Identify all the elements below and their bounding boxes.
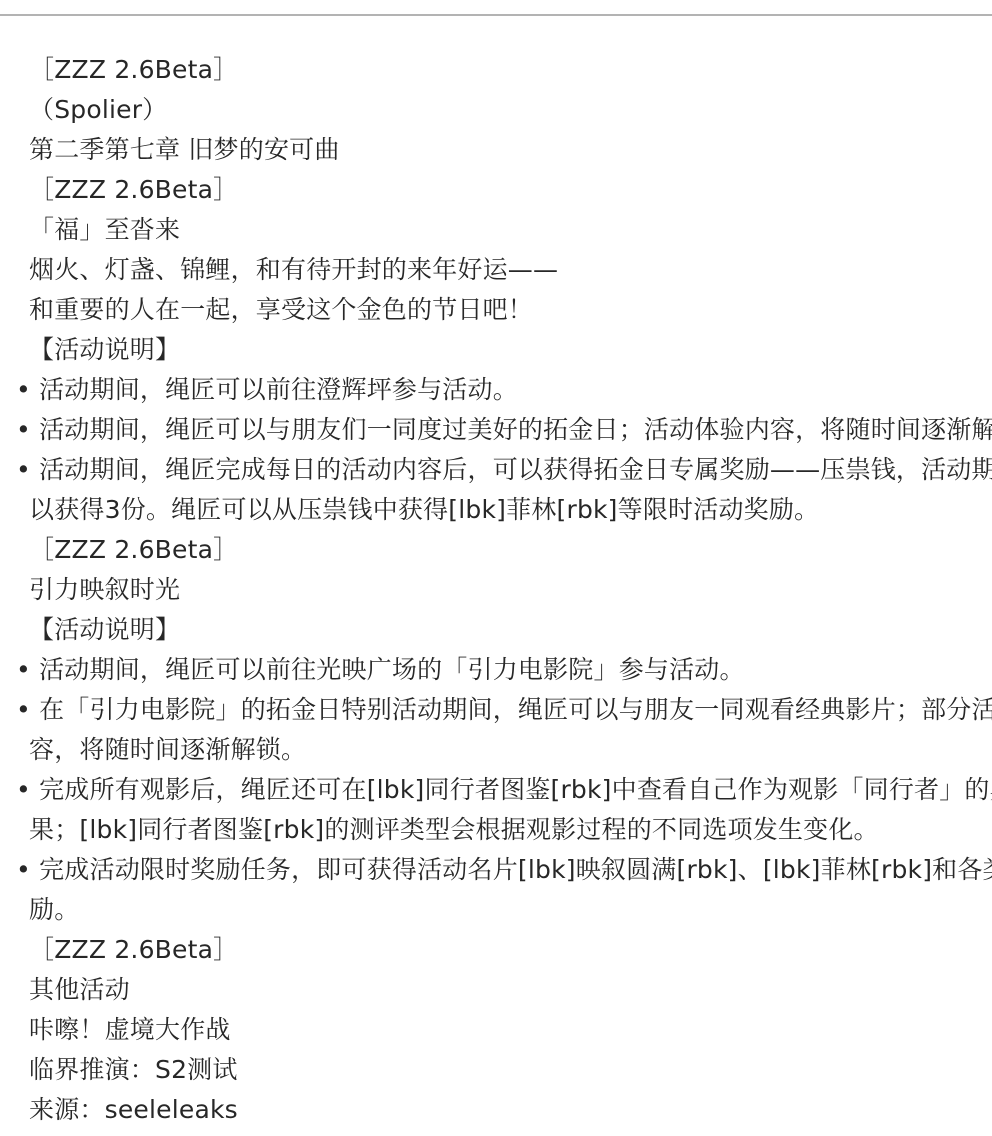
text-line-continuation: 容，将随时间逐渐解锁。 bbox=[29, 730, 967, 770]
text-line-bullet: • 完成所有观影后，绳匠还可在[lbk]同行者图鉴[rbk]中查看自己作为观影「… bbox=[29, 770, 967, 810]
text-line-bullet: • 在「引力电影院」的拓金日特别活动期间，绳匠可以与朋友一同观看经典影片；部分活… bbox=[29, 690, 967, 730]
text-line-bullet: • 完成活动限时奖励任务，即可获得活动名片[lbk]映叙圆满[rbk]、[lbk… bbox=[29, 850, 967, 890]
text-line-version-tag: ［ZZZ 2.6Beta］ bbox=[29, 930, 967, 970]
text-line-spoiler-tag: （Spolier） bbox=[29, 90, 967, 130]
text-line-continuation: 以获得3份。绳匠可以从压祟钱中获得[lbk]菲林[rbk]等限时活动奖励。 bbox=[29, 490, 967, 530]
text-line-section-header: 【活动说明】 bbox=[29, 330, 967, 370]
document-page: ［ZZZ 2.6Beta］ （Spolier） 第二季第七章 旧梦的安可曲 ［Z… bbox=[0, 0, 992, 1136]
text-line-version-tag: ［ZZZ 2.6Beta］ bbox=[29, 50, 967, 90]
top-divider bbox=[0, 14, 992, 16]
text-line-event-tagline: 和重要的人在一起，享受这个金色的节日吧！ bbox=[29, 290, 967, 330]
text-line-bullet: • 活动期间，绳匠可以与朋友们一同度过美好的拓金日；活动体验内容，将随时间逐渐解… bbox=[29, 410, 967, 450]
text-line-section-title: 其他活动 bbox=[29, 970, 967, 1010]
text-line-event-name: 临界推演：S2测试 bbox=[29, 1050, 967, 1090]
text-line-event-tagline: 烟火、灯盏、锦鲤，和有待开封的来年好运—— bbox=[29, 250, 967, 290]
text-line-bullet: • 活动期间，绳匠完成每日的活动内容后，可以获得拓金日专属奖励——压祟钱，活动期… bbox=[29, 450, 967, 490]
text-line-source-credit: 来源：seeleleaks bbox=[29, 1090, 967, 1130]
text-line-event-title: 引力映叙时光 bbox=[29, 570, 967, 610]
text-line-section-header: 【活动说明】 bbox=[29, 610, 967, 650]
text-line-chapter-title: 第二季第七章 旧梦的安可曲 bbox=[29, 130, 967, 170]
text-line-bullet: • 活动期间，绳匠可以前往光映广场的「引力电影院」参与活动。 bbox=[29, 650, 967, 690]
document-body: ［ZZZ 2.6Beta］ （Spolier） 第二季第七章 旧梦的安可曲 ［Z… bbox=[29, 50, 967, 1130]
text-line-bullet: • 活动期间，绳匠可以前往澄辉坪参与活动。 bbox=[29, 370, 967, 410]
text-line-event-title: 「福」至沓来 bbox=[29, 210, 967, 250]
text-line-continuation: 果；[lbk]同行者图鉴[rbk]的测评类型会根据观影过程的不同选项发生变化。 bbox=[29, 810, 967, 850]
text-line-event-name: 咔嚓！虚境大作战 bbox=[29, 1010, 967, 1050]
text-line-continuation: 励。 bbox=[29, 890, 967, 930]
text-line-version-tag: ［ZZZ 2.6Beta］ bbox=[29, 530, 967, 570]
text-line-version-tag: ［ZZZ 2.6Beta］ bbox=[29, 170, 967, 210]
